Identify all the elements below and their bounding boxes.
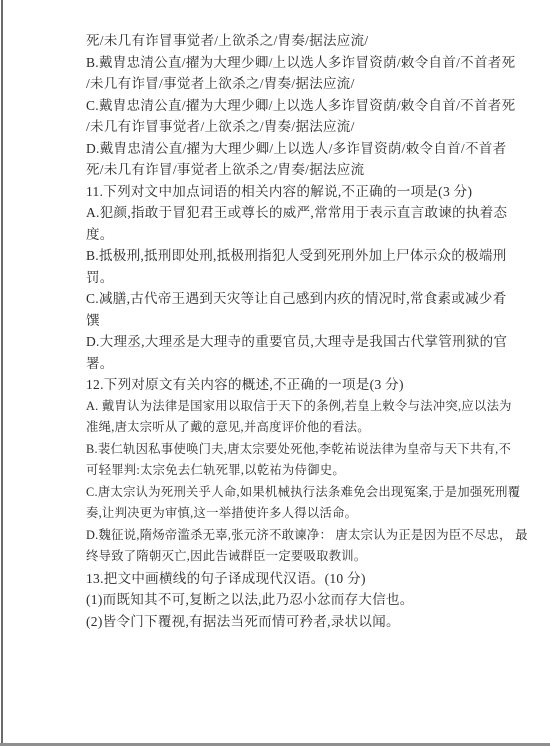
text-line: 死/未几有诈冒事觉者/上欲杀之/胄奏/据法应流/ [86, 30, 542, 52]
text-line: 死/未几有诈冒/事觉者上欲杀之/胄奏/据法应流 [86, 159, 542, 181]
text-line: C.唐太宗认为死刑关乎人命,如果机械执行法条难免会出现冤案,于是加强死刑覆 [86, 482, 542, 504]
text-line: A. 戴胄认为法律是国家用以取信于天下的条例,若皇上敕令与法冲突,应以法为 [86, 396, 542, 418]
text-line: 准绳,唐太宗听从了戴的意见,并高度评价他的看法。 [86, 417, 542, 439]
exam-text-block: 死/未几有诈冒事觉者/上欲杀之/胄奏/据法应流/B.戴胄忠清公直/擢为大理少卿/… [86, 30, 542, 632]
text-line: 署。 [86, 353, 542, 375]
text-line: D.魏征说,隋炀帝滥杀无辜,张元济不敢谏净： 唐太宗认为正是因为臣不尽忠， 最 [86, 525, 542, 547]
text-line: 馔 [86, 310, 542, 332]
text-line: (1)而既知其不可,复断之以法,此乃忍小忿而存大信也。 [86, 589, 542, 611]
text-line: B.抵极刑,抵刑即处刑,抵极刑指犯人受到死刑外加上尸体示众的极端刑 [86, 245, 542, 267]
text-line: 罚。 [86, 267, 542, 289]
text-line: 可轻罪判:太宗免去仁轨死罪,以乾祐为侍御史。 [86, 460, 542, 482]
text-line: 度。 [86, 224, 542, 246]
page-left-edge-line [1, 0, 3, 746]
text-line: (2)皆令门下覆视,有据法当死而情可矜者,录状以闻。 [86, 611, 542, 633]
text-line: /未几有诈冒事觉者/上欲杀之/胄奏/据法应流/ [86, 116, 542, 138]
text-line: B.戴胄忠清公直/擢为大理少卿/上以选人多诈冒资荫/敕令自首/不首者死 [86, 52, 542, 74]
text-line: 终导致了隋朝灭亡,因此告诫群臣一定要吸取教训。 [86, 546, 542, 568]
text-line: 奏,让判决更为审慎,这一举措使许多人得以活命。 [86, 503, 542, 525]
text-line: D.大理丞,大理丞是大理寺的重要官员,大理寺是我国古代掌管刑狱的官 [86, 331, 542, 353]
text-line: 13.把文中画横线的句子译成现代汉语。(10 分) [86, 568, 542, 590]
text-line: 11.下列对文中加点词语的相关内容的解说,不正确的一项是(3 分) [86, 181, 542, 203]
text-line: 12.下列对原文有关内容的概述,不正确的一项是(3 分) [86, 374, 542, 396]
text-line: /未几有诈冒/事觉者上欲杀之/胄奏/据法应流/ [86, 73, 542, 95]
text-line: B.裴仁轨因私事使唤门夫,唐太宗要处死他,李乾祐说法律为皇帝与天下共有,不 [86, 439, 542, 461]
text-line: A.犯颜,指敢于冒犯君王或尊长的威严,常常用于表示直言敢谏的执着态 [86, 202, 542, 224]
exam-page-scan: 死/未几有诈冒事觉者/上欲杀之/胄奏/据法应流/B.戴胄忠清公直/擢为大理少卿/… [0, 0, 550, 746]
text-line: C.减膳,古代帝王遇到天灾等让自己感到内疚的情况时,常食素或减少肴 [86, 288, 542, 310]
text-line: C.戴胄忠清公直/擢为大理少卿/上以选人多诈冒资荫/敕令自首/不首者死 [86, 95, 542, 117]
text-line: D.戴胄忠清公直/擢为大理少卿/上以选人/多诈冒资荫/敕令自首/不首者 [86, 138, 542, 160]
